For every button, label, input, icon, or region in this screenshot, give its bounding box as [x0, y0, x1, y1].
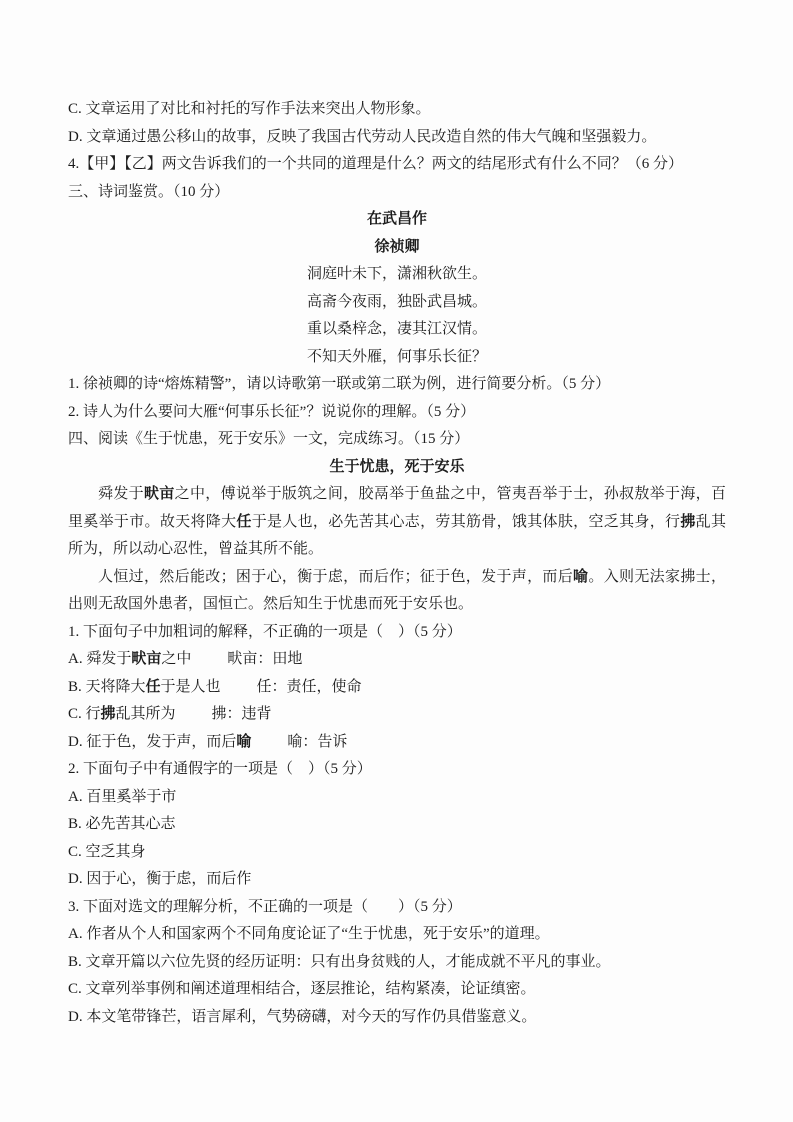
q1-option-b: B. 天将降大任于是人也任：责任，使命 — [68, 674, 726, 702]
q2-option-d: D. 因于心，衡于虑，而后作 — [68, 866, 726, 894]
option-definition: 拂：违背 — [212, 706, 272, 722]
essay-paragraph-1: 舜发于畎亩之中，傅说举于版筑之间，胶鬲举于鱼盐之中，管夷吾举于士，孙叔敖举于海，… — [68, 481, 726, 564]
essay-bold-word: 拂 — [680, 514, 695, 530]
option-definition: 畎亩：田地 — [227, 651, 302, 667]
section-3-heading: 三、诗词鉴赏。（10 分） — [68, 179, 726, 207]
poem-line: 高斋今夜雨，独卧武昌城。 — [68, 289, 726, 317]
q3-option-b: B. 文章开篇以六位先贤的经历证明：只有出身贫贱的人，才能成就不平凡的事业。 — [68, 949, 726, 977]
poem-line: 不知天外雁，何事乐长征？ — [68, 344, 726, 372]
essay-text: 舜发于 — [98, 486, 144, 502]
option-sentence: B. 天将降大 — [68, 679, 146, 695]
q1-stem: 1. 下面句子中加粗词的解释，不正确的一项是（ ）（5 分） — [68, 619, 726, 647]
q2-option-b: B. 必先苦其心志 — [68, 811, 726, 839]
poetry-question-2: 2. 诗人为什么要问大雁“何事乐长征”？说说你的理解。（5 分） — [68, 399, 726, 427]
exam-page: C. 文章运用了对比和衬托的写作手法来突出人物形象。 D. 文章通过愚公移山的故… — [0, 0, 793, 1122]
section-4-heading: 四、阅读《生于忧患，死于安乐》一文，完成练习。（15 分） — [68, 426, 726, 454]
option-definition: 喻：告诉 — [287, 734, 347, 750]
option-bold-word: 畎亩 — [131, 651, 161, 667]
poem-line: 洞庭叶未下，潇湘秋欲生。 — [68, 261, 726, 289]
q3-option-a: A. 作者从个人和国家两个不同角度论证了“生于忧患，死于安乐”的道理。 — [68, 921, 726, 949]
essay-text: 于是人也，必先苦其心志，劳其筋骨，饿其体肤，空乏其身，行 — [252, 514, 681, 530]
essay-bold-word: 喻 — [573, 569, 588, 585]
option-sentence: 之中 — [161, 651, 191, 667]
poem-author: 徐祯卿 — [68, 234, 726, 262]
q2-option-a: A. 百里奚举于市 — [68, 784, 726, 812]
q1-option-c: C. 行拂乱其所为拂：违背 — [68, 701, 726, 729]
option-sentence: 乱其所为 — [116, 706, 176, 722]
essay-title: 生于忧患，死于安乐 — [68, 454, 726, 482]
option-bold-word: 拂 — [101, 706, 116, 722]
option-bold-word: 喻 — [236, 734, 251, 750]
q3-option-d: D. 本文笔带锋芒，语言犀利，气势磅礴，对今天的写作仍具借鉴意义。 — [68, 1004, 726, 1032]
essay-bold-word: 畎亩 — [144, 486, 175, 502]
option-sentence: 于是人也 — [161, 679, 221, 695]
option-sentence: A. 舜发于 — [68, 651, 131, 667]
option-sentence: C. 行 — [68, 706, 101, 722]
option-bold-word: 任 — [146, 679, 161, 695]
q1-option-d: D. 征于色，发于声，而后喻喻：告诉 — [68, 729, 726, 757]
q3-option-c: C. 文章列举事例和阐述道理相结合，逐层推论，结构紧凑，论证缜密。 — [68, 976, 726, 1004]
q2-option-c: C. 空乏其身 — [68, 839, 726, 867]
option-definition: 任：责任，使命 — [257, 679, 362, 695]
prev-option-c: C. 文章运用了对比和衬托的写作手法来突出人物形象。 — [68, 96, 726, 124]
option-sentence: D. 征于色，发于声，而后 — [68, 734, 236, 750]
q3-stem: 3. 下面对选文的理解分析，不正确的一项是（ ）（5 分） — [68, 894, 726, 922]
question-4: 4.【甲】【乙】两文告诉我们的一个共同的道理是什么？两文的结尾形式有什么不同？（… — [68, 151, 726, 179]
q1-option-a: A. 舜发于畎亩之中畎亩：田地 — [68, 646, 726, 674]
essay-bold-word: 任 — [236, 514, 251, 530]
q2-stem: 2. 下面句子中有通假字的一项是（ ）（5 分） — [68, 756, 726, 784]
essay-paragraph-2: 人恒过，然后能改；困于心，衡于虑，而后作；征于色，发于声，而后喻。入则无法家拂士… — [68, 564, 726, 619]
prev-option-d: D. 文章通过愚公移山的故事，反映了我国古代劳动人民改造自然的伟大气魄和坚强毅力… — [68, 124, 726, 152]
poem-title: 在武昌作 — [68, 206, 726, 234]
poetry-question-1: 1. 徐祯卿的诗“熔炼精警”，请以诗歌第一联或第二联为例，进行简要分析。（5 分… — [68, 371, 726, 399]
essay-text: 人恒过，然后能改；困于心，衡于虑，而后作；征于色，发于声，而后 — [98, 569, 573, 585]
poem-line: 重以桑梓念，凄其江汉情。 — [68, 316, 726, 344]
